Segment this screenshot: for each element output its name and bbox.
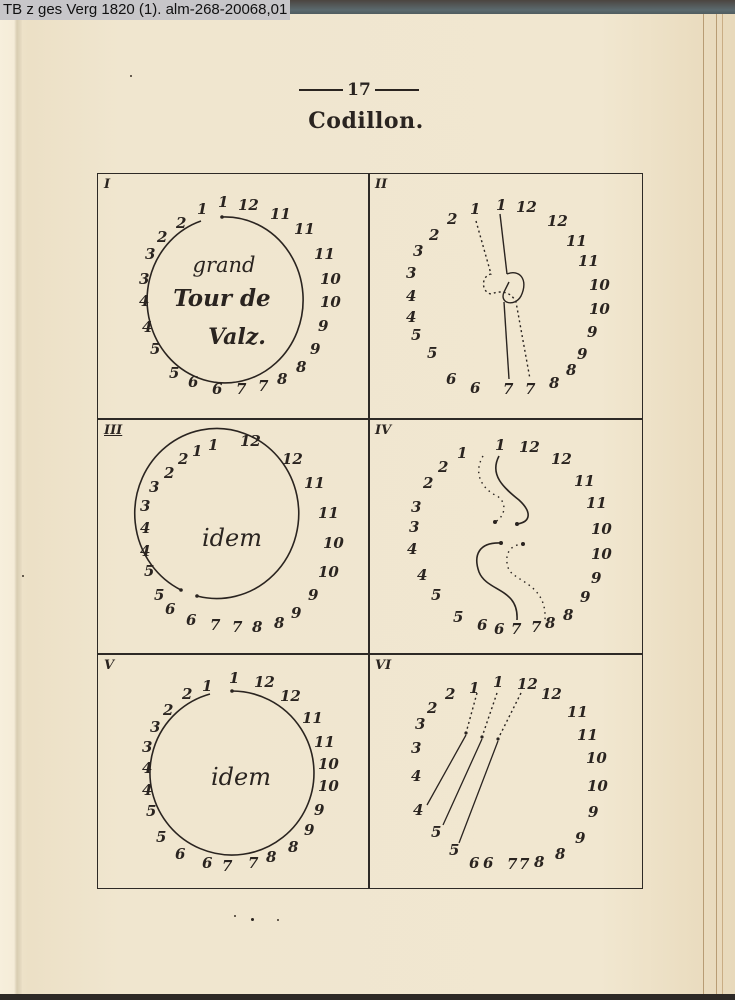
svg-text:1: 1 bbox=[470, 200, 480, 218]
svg-text:12: 12 bbox=[547, 212, 568, 230]
svg-text:3: 3 bbox=[139, 270, 149, 288]
svg-text:6: 6 bbox=[188, 373, 199, 391]
svg-text:5: 5 bbox=[449, 841, 459, 859]
svg-text:11: 11 bbox=[270, 205, 291, 223]
center-text-line-3: Valz. bbox=[208, 324, 266, 350]
svg-text:12: 12 bbox=[282, 450, 303, 468]
solid-path bbox=[427, 735, 466, 805]
figure-V-diagram: idem 1 12 12 11 11 10 10 9 9 8 8 7 7 6 6… bbox=[98, 655, 368, 888]
svg-text:5: 5 bbox=[169, 364, 179, 382]
svg-text:9: 9 bbox=[291, 604, 302, 622]
svg-text:3: 3 bbox=[149, 478, 159, 496]
svg-text:5: 5 bbox=[431, 586, 441, 604]
svg-text:2: 2 bbox=[175, 214, 186, 232]
scanner-bottom-band bbox=[0, 994, 735, 1000]
svg-text:12: 12 bbox=[516, 198, 537, 216]
svg-text:3: 3 bbox=[415, 715, 425, 733]
svg-text:2: 2 bbox=[156, 228, 167, 246]
svg-text:3: 3 bbox=[145, 245, 155, 263]
page-title: Codillon. bbox=[296, 108, 436, 134]
svg-text:1: 1 bbox=[229, 669, 239, 687]
svg-text:8: 8 bbox=[545, 614, 556, 632]
svg-text:12: 12 bbox=[240, 432, 261, 450]
svg-text:12: 12 bbox=[517, 675, 538, 693]
svg-text:10: 10 bbox=[591, 545, 612, 563]
svg-text:2: 2 bbox=[422, 474, 433, 492]
svg-text:3: 3 bbox=[406, 264, 416, 282]
figure-VI-diagram: 1 12 12 11 11 10 10 9 9 8 8 7 7 6 6 5 5 … bbox=[369, 655, 643, 888]
svg-text:1: 1 bbox=[457, 444, 467, 462]
svg-text:11: 11 bbox=[302, 709, 323, 727]
svg-text:6: 6 bbox=[202, 854, 213, 872]
svg-text:8: 8 bbox=[566, 361, 577, 379]
figure-I-diagram: grand Tour de Valz. 1 12 11 11 11 10 10 … bbox=[98, 174, 368, 418]
svg-text:6: 6 bbox=[165, 600, 176, 618]
position-numbers: 1 12 12 11 11 10 10 9 9 8 8 7 7 6 6 5 5 … bbox=[407, 436, 612, 638]
svg-text:8: 8 bbox=[274, 614, 285, 632]
svg-text:6: 6 bbox=[446, 370, 457, 388]
svg-text:6: 6 bbox=[470, 379, 481, 397]
svg-text:4: 4 bbox=[140, 542, 150, 560]
svg-text:8: 8 bbox=[549, 374, 560, 392]
svg-text:1: 1 bbox=[208, 436, 218, 454]
svg-text:7: 7 bbox=[507, 855, 518, 873]
solid-path-bottom bbox=[477, 543, 517, 620]
svg-text:10: 10 bbox=[591, 520, 612, 538]
svg-text:12: 12 bbox=[541, 685, 562, 703]
svg-text:9: 9 bbox=[304, 821, 315, 839]
svg-text:8: 8 bbox=[277, 370, 288, 388]
svg-text:8: 8 bbox=[266, 848, 277, 866]
svg-text:6: 6 bbox=[212, 380, 223, 398]
svg-text:11: 11 bbox=[578, 252, 599, 270]
figure-I: I grand Tour de Valz. 1 12 11 11 11 10 1… bbox=[98, 174, 368, 418]
svg-text:8: 8 bbox=[296, 358, 307, 376]
svg-text:2: 2 bbox=[163, 464, 174, 482]
svg-text:4: 4 bbox=[142, 318, 152, 336]
svg-text:10: 10 bbox=[318, 755, 339, 773]
page-number: 17 bbox=[294, 80, 424, 100]
dance-path-circle bbox=[135, 429, 299, 599]
ink-speck bbox=[234, 915, 236, 917]
svg-text:2: 2 bbox=[446, 210, 457, 228]
svg-text:4: 4 bbox=[407, 540, 417, 558]
svg-text:9: 9 bbox=[577, 345, 588, 363]
svg-text:7: 7 bbox=[232, 618, 243, 636]
svg-text:7: 7 bbox=[258, 377, 269, 395]
svg-text:10: 10 bbox=[589, 276, 610, 294]
svg-text:9: 9 bbox=[310, 340, 321, 358]
svg-text:8: 8 bbox=[252, 618, 263, 636]
figure-III: III idem 12 12 11 11 10 10 9 9 8 8 7 7 6… bbox=[98, 420, 368, 653]
dotted-path bbox=[498, 693, 521, 739]
figure-II-diagram: 1 12 12 11 11 10 10 9 9 8 8 7 7 6 6 5 5 … bbox=[369, 174, 643, 418]
svg-text:8: 8 bbox=[555, 845, 566, 863]
svg-text:7: 7 bbox=[531, 618, 542, 636]
svg-text:11: 11 bbox=[294, 220, 315, 238]
figure-II: II 1 12 12 11 11 10 10 9 9 8 8 7 7 6 6 bbox=[369, 174, 643, 418]
svg-text:4: 4 bbox=[413, 801, 423, 819]
svg-text:12: 12 bbox=[519, 438, 540, 456]
dotted-path bbox=[466, 693, 477, 733]
figure-IV-diagram: 1 12 12 11 11 10 10 9 9 8 8 7 7 6 6 5 5 … bbox=[369, 420, 643, 653]
svg-text:6: 6 bbox=[175, 845, 186, 863]
svg-text:5: 5 bbox=[144, 562, 154, 580]
svg-text:5: 5 bbox=[411, 326, 421, 344]
svg-text:12: 12 bbox=[551, 450, 572, 468]
svg-text:11: 11 bbox=[566, 232, 587, 250]
figure-IV: IV 1 12 12 11 11 10 10 9 9 8 8 7 bbox=[369, 420, 643, 653]
svg-text:5: 5 bbox=[154, 586, 164, 604]
svg-text:2: 2 bbox=[437, 458, 448, 476]
center-text: idem bbox=[211, 763, 271, 791]
svg-text:3: 3 bbox=[140, 497, 150, 515]
ink-speck bbox=[22, 575, 24, 577]
svg-text:2: 2 bbox=[428, 226, 439, 244]
svg-text:1: 1 bbox=[192, 442, 202, 460]
svg-text:9: 9 bbox=[588, 803, 599, 821]
svg-text:10: 10 bbox=[320, 293, 341, 311]
solid-path-top bbox=[496, 456, 528, 524]
svg-text:9: 9 bbox=[580, 588, 591, 606]
svg-text:2: 2 bbox=[444, 685, 455, 703]
book-spine bbox=[0, 14, 22, 996]
svg-text:4: 4 bbox=[411, 767, 421, 785]
figure-III-diagram: idem 12 12 11 11 10 10 9 9 8 8 7 7 6 6 5… bbox=[98, 420, 368, 653]
page-edge-line bbox=[716, 14, 717, 996]
svg-text:1: 1 bbox=[495, 436, 505, 454]
svg-text:7: 7 bbox=[248, 854, 259, 872]
svg-text:9: 9 bbox=[591, 569, 602, 587]
svg-text:5: 5 bbox=[150, 340, 160, 358]
dotted-path bbox=[482, 693, 497, 737]
svg-text:1: 1 bbox=[218, 193, 228, 211]
svg-text:6: 6 bbox=[477, 616, 488, 634]
svg-text:9: 9 bbox=[314, 801, 325, 819]
svg-text:5: 5 bbox=[431, 823, 441, 841]
svg-text:11: 11 bbox=[318, 504, 339, 522]
svg-text:3: 3 bbox=[411, 739, 421, 757]
svg-text:2: 2 bbox=[426, 699, 437, 717]
svg-text:1: 1 bbox=[496, 196, 506, 214]
svg-text:9: 9 bbox=[308, 586, 319, 604]
figure-VI: VI 1 12 12 11 11 10 10 9 9 8 8 bbox=[369, 655, 643, 888]
svg-text:11: 11 bbox=[577, 726, 598, 744]
svg-text:12: 12 bbox=[280, 687, 301, 705]
page-edge-line bbox=[722, 14, 723, 996]
svg-text:1: 1 bbox=[469, 679, 479, 697]
center-text-line-1: grand bbox=[193, 253, 256, 277]
svg-text:10: 10 bbox=[586, 749, 607, 767]
svg-text:11: 11 bbox=[574, 472, 595, 490]
svg-text:7: 7 bbox=[519, 855, 530, 873]
svg-text:11: 11 bbox=[304, 474, 325, 492]
svg-text:1: 1 bbox=[197, 200, 207, 218]
svg-text:3: 3 bbox=[411, 498, 421, 516]
svg-text:2: 2 bbox=[177, 450, 188, 468]
svg-text:7: 7 bbox=[210, 616, 221, 634]
window-caption: TB z ges Verg 1820 (1). alm-268-20068,01 bbox=[0, 0, 290, 20]
solid-path bbox=[459, 741, 498, 843]
svg-text:6: 6 bbox=[494, 620, 505, 638]
ink-speck bbox=[277, 919, 279, 921]
svg-text:6: 6 bbox=[483, 854, 494, 872]
ink-speck bbox=[251, 918, 254, 921]
svg-text:4: 4 bbox=[140, 519, 150, 537]
ink-speck bbox=[130, 75, 132, 77]
page-number-rule-right bbox=[375, 89, 419, 91]
svg-text:7: 7 bbox=[503, 380, 514, 398]
svg-text:10: 10 bbox=[323, 534, 344, 552]
svg-text:4: 4 bbox=[417, 566, 427, 584]
svg-text:8: 8 bbox=[534, 853, 545, 871]
svg-text:9: 9 bbox=[318, 317, 329, 335]
svg-text:6: 6 bbox=[469, 854, 480, 872]
svg-text:12: 12 bbox=[254, 673, 275, 691]
svg-text:4: 4 bbox=[406, 287, 416, 305]
svg-text:10: 10 bbox=[587, 777, 608, 795]
svg-text:11: 11 bbox=[314, 733, 335, 751]
page-number-rule-left bbox=[299, 89, 343, 91]
svg-text:7: 7 bbox=[525, 380, 536, 398]
solid-path bbox=[443, 739, 482, 825]
solid-path bbox=[500, 214, 507, 274]
svg-text:3: 3 bbox=[150, 718, 160, 736]
dotted-path-top bbox=[479, 456, 504, 522]
page-edge-line bbox=[703, 14, 704, 996]
position-numbers: 1 12 12 11 11 10 10 9 9 8 8 7 7 6 6 5 5 … bbox=[411, 673, 608, 873]
center-text: idem bbox=[202, 524, 262, 552]
svg-text:5: 5 bbox=[453, 608, 463, 626]
page-number-text: 17 bbox=[347, 80, 371, 100]
svg-text:11: 11 bbox=[586, 494, 607, 512]
svg-text:4: 4 bbox=[139, 292, 149, 310]
svg-text:3: 3 bbox=[413, 242, 423, 260]
svg-text:7: 7 bbox=[511, 620, 522, 638]
svg-text:10: 10 bbox=[318, 563, 339, 581]
center-text-line-2: Tour de bbox=[173, 285, 270, 312]
svg-text:2: 2 bbox=[181, 685, 192, 703]
dotted-path-bottom bbox=[507, 544, 545, 620]
svg-text:1: 1 bbox=[202, 677, 212, 695]
svg-text:7: 7 bbox=[236, 380, 247, 398]
svg-text:5: 5 bbox=[156, 828, 166, 846]
svg-text:8: 8 bbox=[288, 838, 299, 856]
svg-text:5: 5 bbox=[146, 802, 156, 820]
svg-text:4: 4 bbox=[406, 308, 416, 326]
figure-grid: I grand Tour de Valz. 1 12 11 11 11 10 1… bbox=[97, 173, 643, 889]
svg-text:8: 8 bbox=[563, 606, 574, 624]
svg-text:3: 3 bbox=[409, 518, 419, 536]
solid-path bbox=[504, 302, 509, 379]
svg-text:10: 10 bbox=[318, 777, 339, 795]
svg-text:10: 10 bbox=[320, 270, 341, 288]
svg-text:9: 9 bbox=[587, 323, 598, 341]
svg-text:2: 2 bbox=[162, 701, 173, 719]
svg-text:12: 12 bbox=[238, 196, 259, 214]
svg-text:7: 7 bbox=[222, 857, 233, 875]
svg-text:6: 6 bbox=[186, 611, 197, 629]
svg-text:10: 10 bbox=[589, 300, 610, 318]
svg-text:9: 9 bbox=[575, 829, 586, 847]
svg-text:4: 4 bbox=[142, 759, 152, 777]
svg-text:5: 5 bbox=[427, 344, 437, 362]
svg-text:1: 1 bbox=[493, 673, 503, 691]
figure-V: V idem 1 12 12 11 11 10 10 9 9 8 8 7 7 6… bbox=[98, 655, 368, 888]
svg-text:4: 4 bbox=[142, 781, 152, 799]
svg-text:11: 11 bbox=[314, 245, 335, 263]
svg-text:11: 11 bbox=[567, 703, 588, 721]
svg-text:3: 3 bbox=[142, 738, 152, 756]
